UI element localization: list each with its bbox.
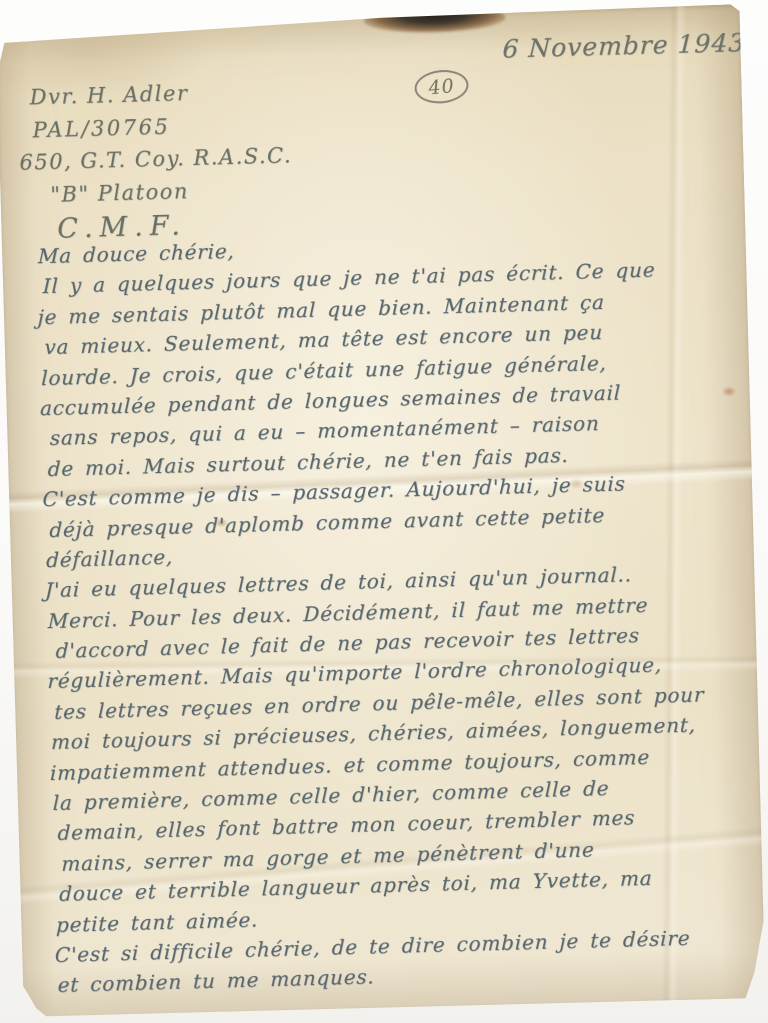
letter-paper: 6 Novembre 1943. 40 Dvr. H. Adler PAL/30… (0, 4, 766, 1018)
sender-address-block: Dvr. H. Adler PAL/30765 650, G.T. Coy. R… (17, 74, 294, 247)
burn-mark (363, 4, 506, 34)
letter-date: 6 Novembre 1943. (502, 28, 755, 64)
page-number-circle: 40 (413, 68, 470, 106)
sender-platoon: "B" Platoon (50, 172, 293, 211)
page-number: 40 (427, 74, 455, 98)
scan-background: 6 Novembre 1943. 40 Dvr. H. Adler PAL/30… (0, 0, 768, 1023)
letter-body: Ma douce chérie, Il y a quelques jours q… (38, 222, 760, 1000)
